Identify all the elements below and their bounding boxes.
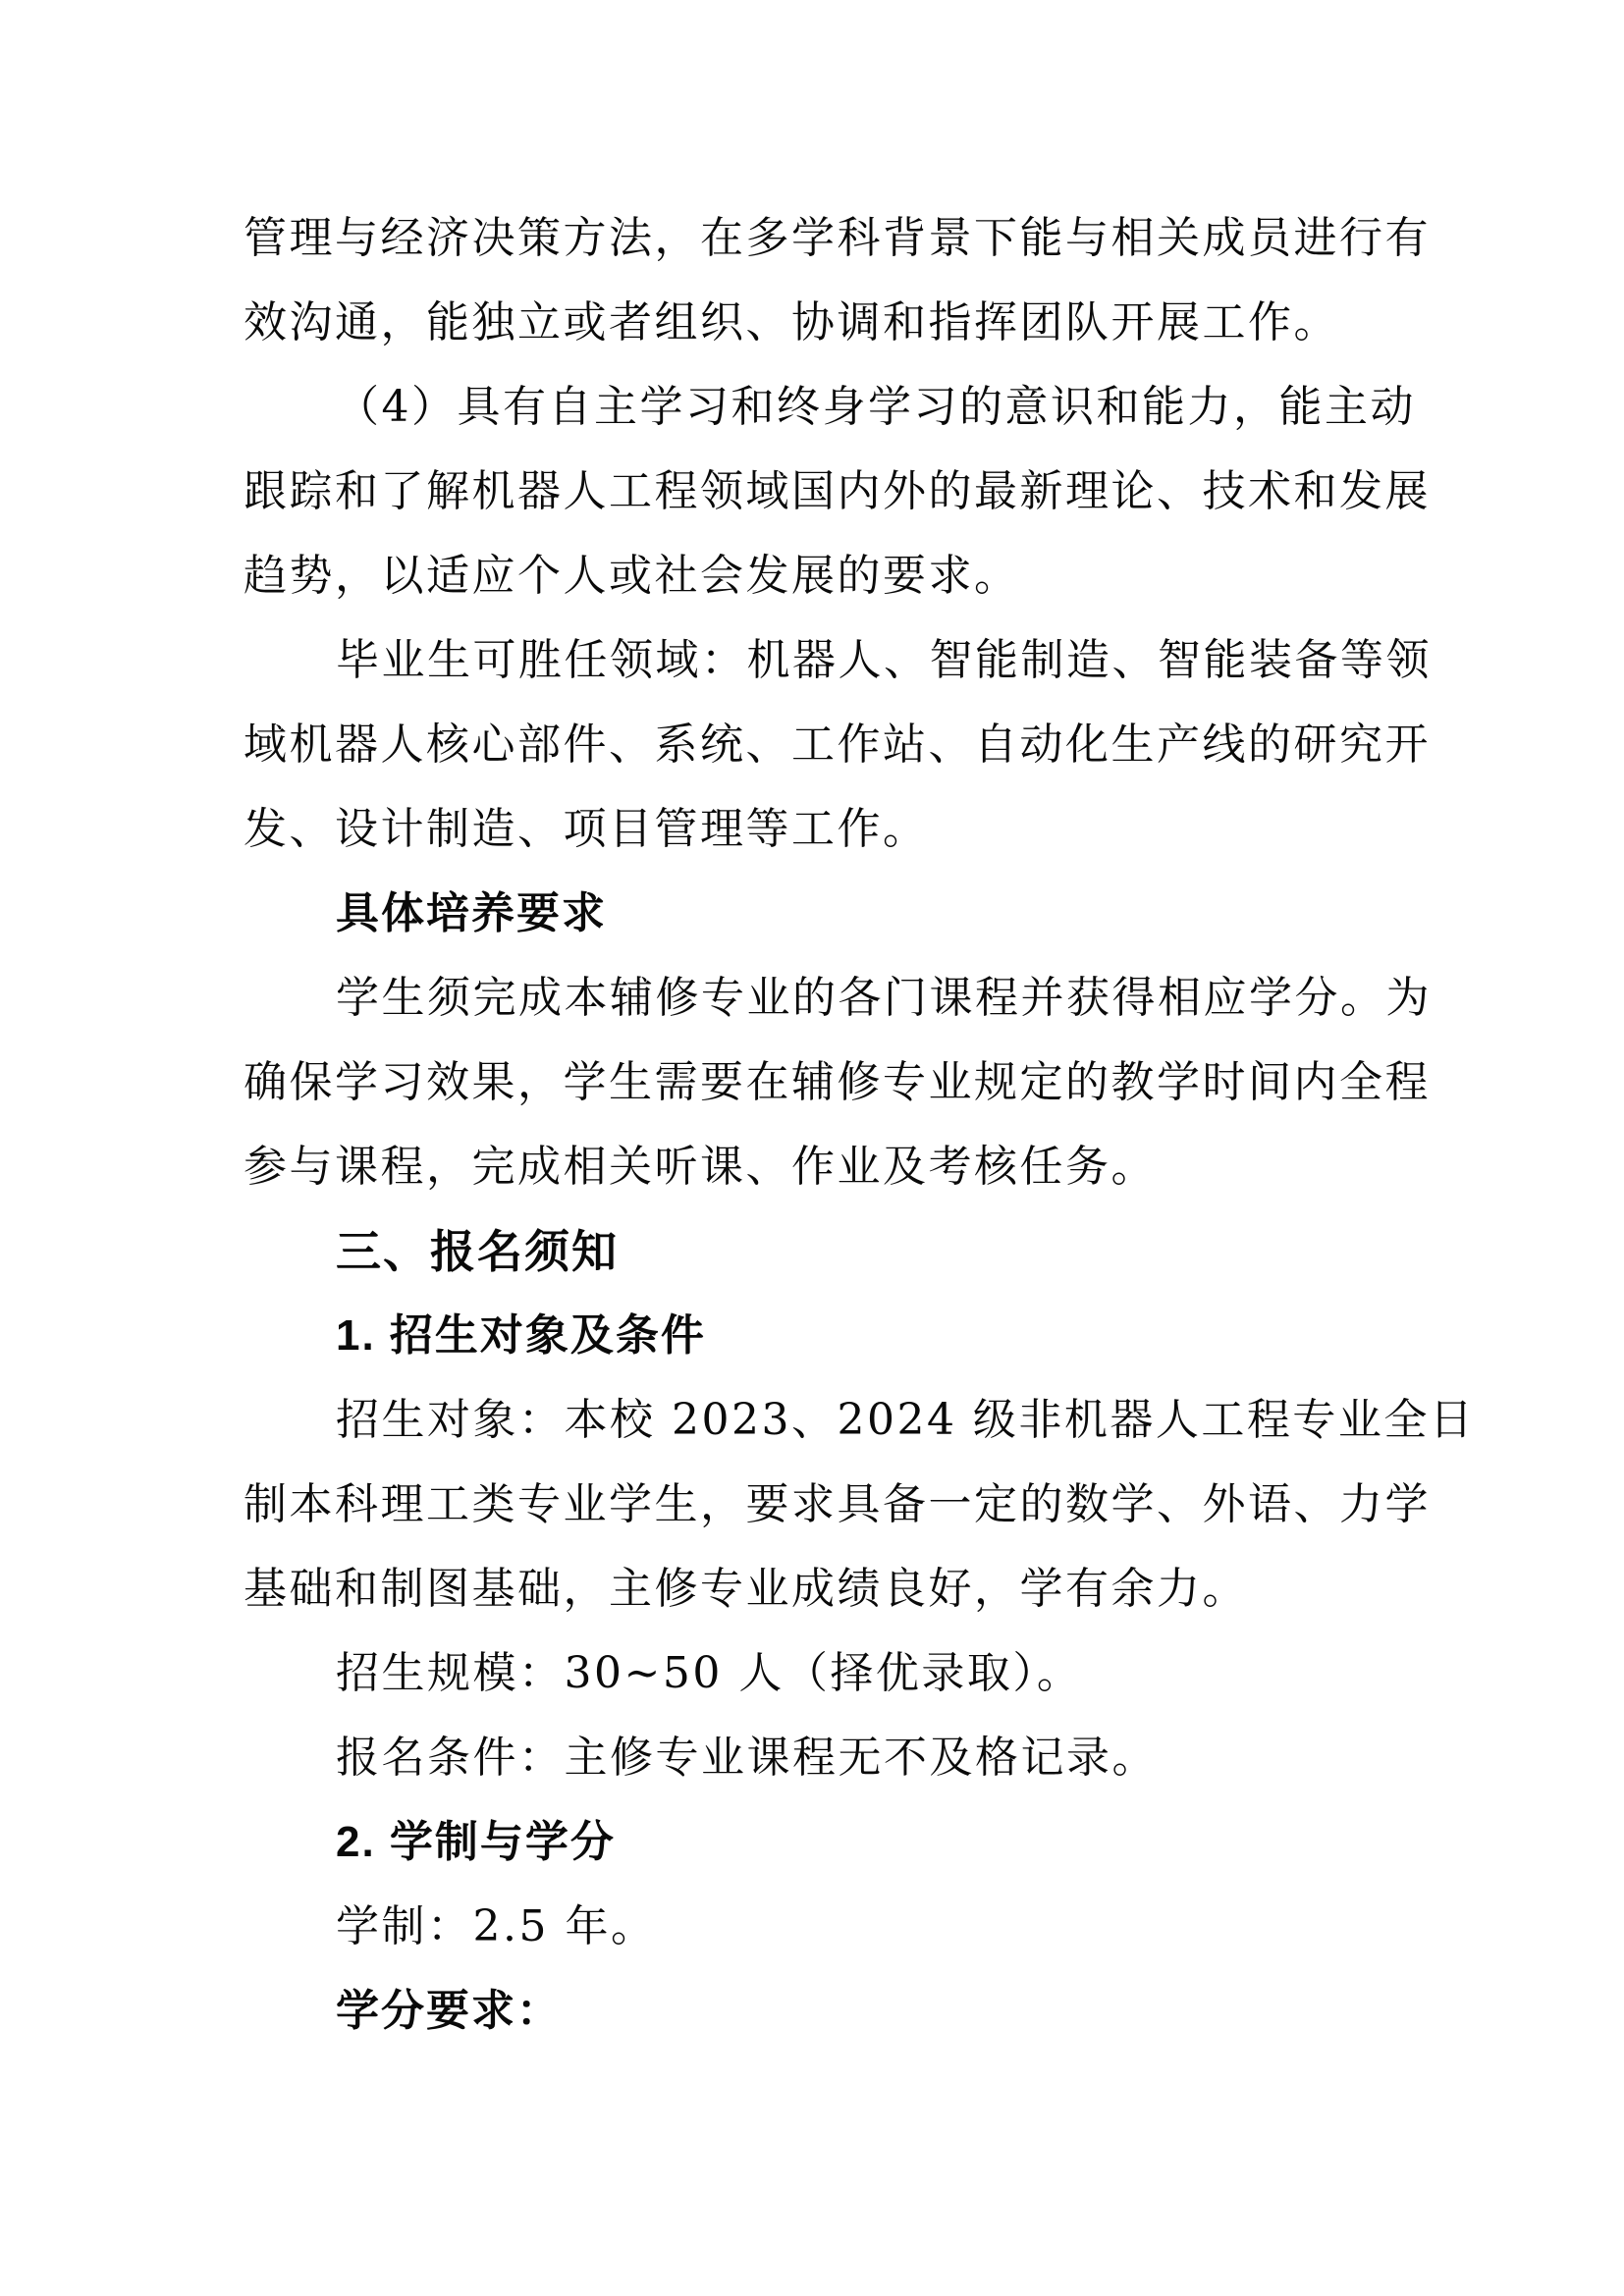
paragraph-line: 发、设计制造、项目管理等工作。 (244, 787, 1436, 872)
heading-2-duration-and-credits: 2. 学制与学分 (244, 1800, 1436, 1885)
paragraph-line: 确保学习效果，学生需要在辅修专业规定的教学时间内全程 (244, 1041, 1436, 1125)
paragraph-line: 制本科理工类专业学生，要求具备一定的数学、外语、力学 (244, 1463, 1436, 1547)
paragraph-line-duration: 学制：2.5 年。 (244, 1885, 1436, 1969)
paragraph-line: （4）具有自主学习和终身学习的意识和能力，能主动 (244, 365, 1436, 450)
document-body: 管理与经济决策方法，在多学科背景下能与相关成员进行有 效沟通，能独立或者组织、协… (244, 196, 1436, 2054)
heading-1-enrollment-targets: 1. 招生对象及条件 (244, 1294, 1436, 1378)
paragraph-line: 域机器人核心部件、系统、工作站、自动化生产线的研究开 (244, 703, 1436, 787)
document-page: 管理与经济决策方法，在多学科背景下能与相关成员进行有 效沟通，能独立或者组织、协… (0, 0, 1624, 2296)
paragraph-line: 效沟通，能独立或者组织、协调和指挥团队开展工作。 (244, 281, 1436, 365)
paragraph-line-enrollment-scale: 招生规模：30~50 人（择优录取）。 (244, 1631, 1436, 1716)
paragraph-line-registration-condition: 报名条件：主修专业课程无不及格记录。 (244, 1716, 1436, 1800)
paragraph-line: 趋势，以适应个人或社会发展的要求。 (244, 534, 1436, 618)
paragraph-line: 学生须完成本辅修专业的各门课程并获得相应学分。为 (244, 956, 1436, 1041)
paragraph-line: 招生对象：本校 2023、2024 级非机器人工程专业全日 (244, 1378, 1436, 1463)
heading-section-3-registration-notice: 三、报名须知 (244, 1209, 1436, 1294)
heading-credit-requirements: 学分要求： (244, 1969, 1436, 2054)
paragraph-line: 基础和制图基础，主修专业成绩良好，学有余力。 (244, 1547, 1436, 1631)
paragraph-line: 参与课程，完成相关听课、作业及考核任务。 (244, 1125, 1436, 1209)
paragraph-line: 毕业生可胜任领域：机器人、智能制造、智能装备等领 (244, 618, 1436, 703)
paragraph-line: 管理与经济决策方法，在多学科背景下能与相关成员进行有 (244, 196, 1436, 281)
paragraph-line: 跟踪和了解机器人工程领域国内外的最新理论、技术和发展 (244, 450, 1436, 534)
heading-specific-training-requirements: 具体培养要求 (244, 872, 1436, 956)
